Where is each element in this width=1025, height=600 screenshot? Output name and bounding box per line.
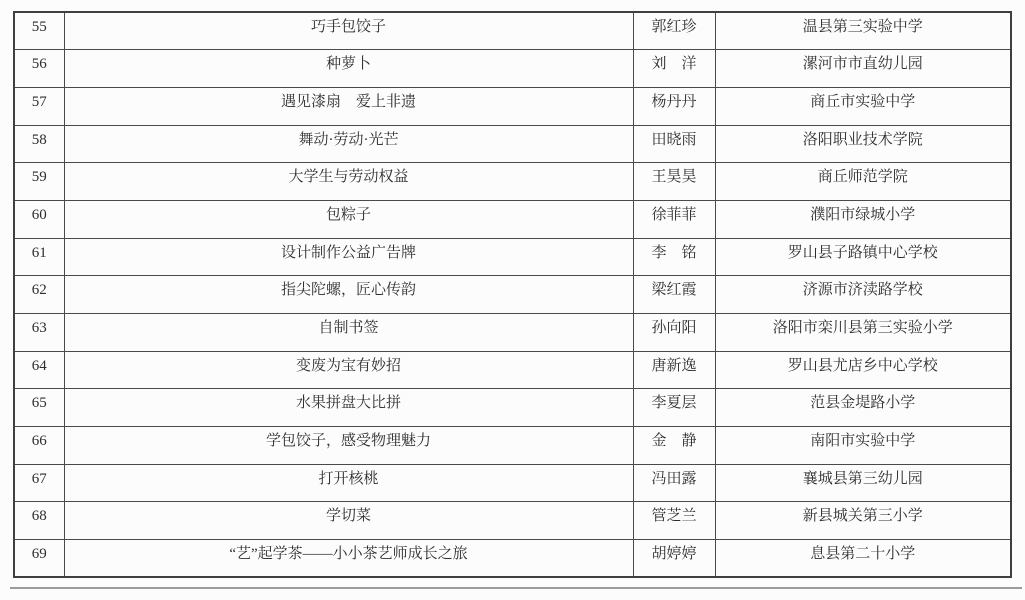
table-row: 59大学生与劳动权益王昊昊商丘师范学院 bbox=[14, 163, 1011, 201]
next-page-table-edge bbox=[10, 587, 1022, 589]
work-title-cell: 指尖陀螺，匠心传韵 bbox=[64, 276, 633, 314]
author-name-cell: 徐菲菲 bbox=[633, 200, 715, 238]
table-row: 69“艺”起学茶——小小茶艺师成长之旅胡婷婷息县第二十小学 bbox=[14, 540, 1011, 578]
entry-number-cell: 57 bbox=[14, 87, 64, 125]
school-name-cell: 商丘师范学院 bbox=[715, 163, 1011, 201]
author-name-cell: 孙向阳 bbox=[633, 314, 715, 352]
table-row: 68学切菜管芝兰新县城关第三小学 bbox=[14, 502, 1011, 540]
author-name-cell: 杨丹丹 bbox=[633, 87, 715, 125]
work-title-cell: 设计制作公益广告牌 bbox=[64, 238, 633, 276]
award-list-table-body: 55巧手包饺子郭红珍温县第三实验中学56种萝卜刘 洋漯河市市直幼儿园57遇见漆扇… bbox=[14, 12, 1011, 577]
school-name-cell: 温县第三实验中学 bbox=[715, 12, 1011, 50]
table-row: 62指尖陀螺，匠心传韵梁红霞济源市济渎路学校 bbox=[14, 276, 1011, 314]
author-name-cell: 胡婷婷 bbox=[633, 540, 715, 578]
author-name-cell: 唐新逸 bbox=[633, 351, 715, 389]
school-name-cell: 漯河市市直幼儿园 bbox=[715, 50, 1011, 88]
author-name-cell: 李 铭 bbox=[633, 238, 715, 276]
school-name-cell: 新县城关第三小学 bbox=[715, 502, 1011, 540]
school-name-cell: 濮阳市绿城小学 bbox=[715, 200, 1011, 238]
table-row: 66学包饺子，感受物理魅力金 静南阳市实验中学 bbox=[14, 427, 1011, 465]
entry-number-cell: 62 bbox=[14, 276, 64, 314]
table-row: 57遇见漆扇 爱上非遗杨丹丹商丘市实验中学 bbox=[14, 87, 1011, 125]
award-list-table: 55巧手包饺子郭红珍温县第三实验中学56种萝卜刘 洋漯河市市直幼儿园57遇见漆扇… bbox=[13, 11, 1012, 578]
entry-number-cell: 66 bbox=[14, 427, 64, 465]
work-title-cell: 包粽子 bbox=[64, 200, 633, 238]
entry-number-cell: 65 bbox=[14, 389, 64, 427]
entry-number-cell: 56 bbox=[14, 50, 64, 88]
entry-number-cell: 60 bbox=[14, 200, 64, 238]
school-name-cell: 范县金堤路小学 bbox=[715, 389, 1011, 427]
work-title-cell: “艺”起学茶——小小茶艺师成长之旅 bbox=[64, 540, 633, 578]
work-title-cell: 学切菜 bbox=[64, 502, 633, 540]
author-name-cell: 田晓雨 bbox=[633, 125, 715, 163]
author-name-cell: 管芝兰 bbox=[633, 502, 715, 540]
table-row: 63自制书签孙向阳洛阳市栾川县第三实验小学 bbox=[14, 314, 1011, 352]
author-name-cell: 冯田露 bbox=[633, 464, 715, 502]
table-row: 56种萝卜刘 洋漯河市市直幼儿园 bbox=[14, 50, 1011, 88]
table-row: 67打开核桃冯田露襄城县第三幼儿园 bbox=[14, 464, 1011, 502]
entry-number-cell: 61 bbox=[14, 238, 64, 276]
work-title-cell: 遇见漆扇 爱上非遗 bbox=[64, 87, 633, 125]
table-row: 65水果拼盘大比拼李夏层范县金堤路小学 bbox=[14, 389, 1011, 427]
table-row: 61设计制作公益广告牌李 铭罗山县子路镇中心学校 bbox=[14, 238, 1011, 276]
entry-number-cell: 64 bbox=[14, 351, 64, 389]
work-title-cell: 学包饺子，感受物理魅力 bbox=[64, 427, 633, 465]
work-title-cell: 舞动·劳动·光芒 bbox=[64, 125, 633, 163]
entry-number-cell: 58 bbox=[14, 125, 64, 163]
author-name-cell: 李夏层 bbox=[633, 389, 715, 427]
entry-number-cell: 63 bbox=[14, 314, 64, 352]
school-name-cell: 济源市济渎路学校 bbox=[715, 276, 1011, 314]
school-name-cell: 襄城县第三幼儿园 bbox=[715, 464, 1011, 502]
table-row: 55巧手包饺子郭红珍温县第三实验中学 bbox=[14, 12, 1011, 50]
entry-number-cell: 67 bbox=[14, 464, 64, 502]
school-name-cell: 商丘市实验中学 bbox=[715, 87, 1011, 125]
document-page: 55巧手包饺子郭红珍温县第三实验中学56种萝卜刘 洋漯河市市直幼儿园57遇见漆扇… bbox=[0, 0, 1025, 600]
school-name-cell: 罗山县尤店乡中心学校 bbox=[715, 351, 1011, 389]
work-title-cell: 自制书签 bbox=[64, 314, 633, 352]
work-title-cell: 水果拼盘大比拼 bbox=[64, 389, 633, 427]
author-name-cell: 梁红霞 bbox=[633, 276, 715, 314]
table-row: 58舞动·劳动·光芒田晓雨洛阳职业技术学院 bbox=[14, 125, 1011, 163]
school-name-cell: 罗山县子路镇中心学校 bbox=[715, 238, 1011, 276]
author-name-cell: 刘 洋 bbox=[633, 50, 715, 88]
school-name-cell: 南阳市实验中学 bbox=[715, 427, 1011, 465]
table-row: 64变废为宝有妙招唐新逸罗山县尤店乡中心学校 bbox=[14, 351, 1011, 389]
school-name-cell: 洛阳市栾川县第三实验小学 bbox=[715, 314, 1011, 352]
work-title-cell: 大学生与劳动权益 bbox=[64, 163, 633, 201]
work-title-cell: 种萝卜 bbox=[64, 50, 633, 88]
author-name-cell: 金 静 bbox=[633, 427, 715, 465]
school-name-cell: 洛阳职业技术学院 bbox=[715, 125, 1011, 163]
work-title-cell: 打开核桃 bbox=[64, 464, 633, 502]
entry-number-cell: 68 bbox=[14, 502, 64, 540]
entry-number-cell: 59 bbox=[14, 163, 64, 201]
table-row: 60包粽子徐菲菲濮阳市绿城小学 bbox=[14, 200, 1011, 238]
entry-number-cell: 55 bbox=[14, 12, 64, 50]
work-title-cell: 变废为宝有妙招 bbox=[64, 351, 633, 389]
author-name-cell: 郭红珍 bbox=[633, 12, 715, 50]
school-name-cell: 息县第二十小学 bbox=[715, 540, 1011, 578]
work-title-cell: 巧手包饺子 bbox=[64, 12, 633, 50]
entry-number-cell: 69 bbox=[14, 540, 64, 578]
author-name-cell: 王昊昊 bbox=[633, 163, 715, 201]
